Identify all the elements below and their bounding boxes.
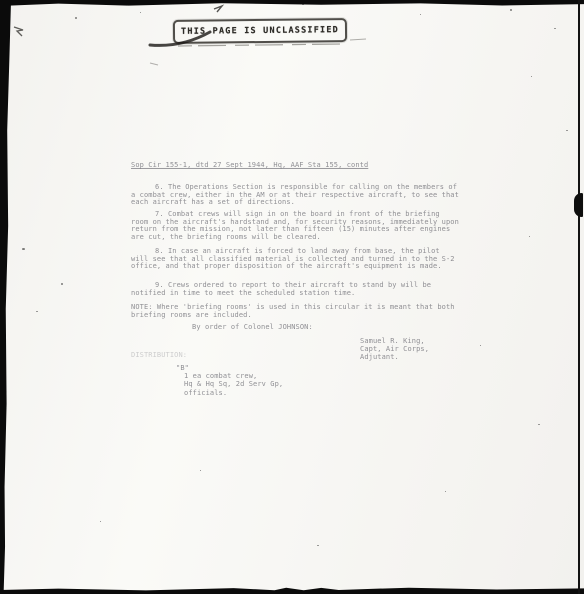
unclassified-stamp-label: THIS PAGE IS UNCLASSIFIED (181, 25, 339, 37)
signature-name: Samuel R. King, (360, 337, 490, 345)
dust-speck (529, 236, 530, 237)
torn-edge-left (0, 0, 12, 594)
small-stray-stroke (150, 63, 158, 65)
dust-speck (140, 12, 141, 13)
stamp-dash-right (350, 39, 366, 40)
dust-speck (75, 17, 77, 19)
distribution-list: "B" 1 ea combat crew, Hq & Hq Sq, 2d Ser… (176, 364, 356, 396)
dust-speck (200, 470, 201, 471)
signature-title: Adjutant. (360, 353, 490, 361)
by-order-line: By order of Colonel JOHNSON: (131, 324, 520, 331)
distribution-item: Hq & Hq Sq, 2d Serv Gp, (176, 380, 356, 388)
check-mark-above-stamp (214, 6, 222, 12)
paragraph-8: 8. In case an aircraft is forced to land… (131, 248, 459, 270)
scanned-document-page: THIS PAGE IS UNCLASSIFIED Sop Cir 155-1,… (0, 0, 584, 594)
film-edge-right-line (578, 0, 580, 594)
paragraph-7: 7. Combat crews will sign in on the boar… (131, 211, 459, 241)
distribution-label: DISTRIBUTION: (131, 352, 187, 359)
torn-edge-bottom (0, 585, 584, 594)
dust-speck (480, 345, 481, 346)
note-paragraph: NOTE: Where 'briefing rooms' is used in … (131, 304, 459, 319)
film-sprocket-blob (574, 193, 583, 217)
stamp-underline-mark (178, 44, 344, 46)
dust-speck (510, 9, 512, 11)
unclassified-stamp: THIS PAGE IS UNCLASSIFIED (173, 18, 347, 44)
dust-speck (36, 311, 38, 312)
signature-block: Samuel R. King, Capt, Air Corps, Adjutan… (360, 337, 490, 361)
dust-speck (317, 545, 319, 546)
dust-speck (531, 76, 532, 77)
dust-speck (554, 28, 556, 29)
dust-speck (566, 130, 568, 131)
paragraph-6: 6. The Operations Section is responsible… (131, 184, 459, 206)
dust-speck (538, 424, 540, 425)
pen-arrow-mark-left (14, 27, 23, 36)
signature-rank: Capt, Air Corps, (360, 345, 490, 353)
distribution-item: 1 ea combat crew, (176, 372, 356, 380)
dust-speck (22, 248, 25, 250)
stray-marks-overlay (0, 0, 584, 594)
dust-speck (302, 4, 304, 5)
distribution-item: officials. (176, 389, 356, 397)
torn-edge-top (0, 0, 584, 8)
dust-speck (420, 14, 421, 15)
dust-speck (61, 283, 63, 285)
paragraph-9: 9. Crews ordered to report to their airc… (131, 282, 459, 297)
document-header-line: Sop Cir 155-1, dtd 27 Sept 1944, Hq, AAF… (131, 162, 459, 169)
dust-speck (445, 491, 446, 492)
distribution-item: "B" (176, 364, 356, 372)
dust-speck (100, 521, 101, 522)
